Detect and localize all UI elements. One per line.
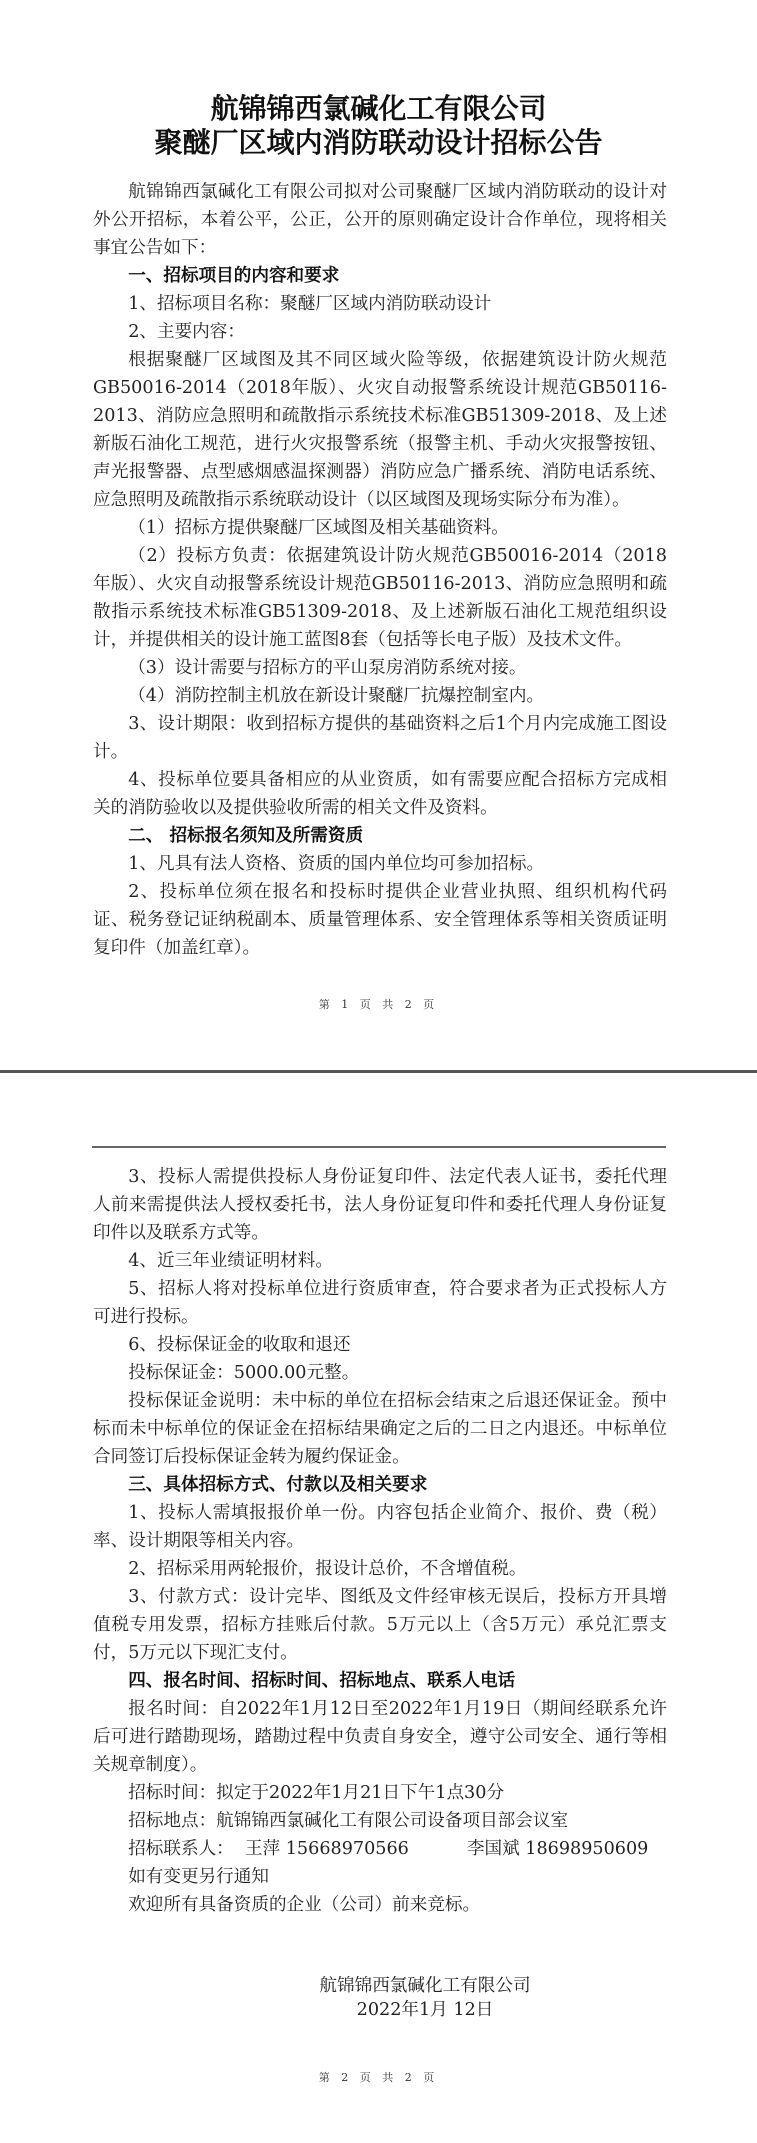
section-2-item-3: 3、投标人需提供投标人身份证复印件、法定代表人证书，委托代理人前来需提供法人授权…: [93, 1163, 667, 1247]
contact-line: 招标联系人： 王萍 15668970566李国斌 18698950609: [93, 1835, 667, 1863]
registration-time: 报名时间：自2022年1月12日至2022年1月19日（期间经联系允许后可进行踏…: [93, 1695, 667, 1779]
page-number-1: 第 1 页 共 2 页: [0, 996, 757, 1012]
section-2-item-5: 5、招标人将对投标单位进行资质审查，符合要求者为正式投标人方可进行投标。: [93, 1275, 667, 1331]
section-3-item-2: 2、招标采用两轮报价，报设计总价，不含增值税。: [93, 1555, 667, 1583]
section-3-item-1: 1、投标人需填报报价单一份。内容包括企业简介、报价、费（税）率、设计期限等相关内…: [93, 1499, 667, 1555]
section-1-heading: 一、招标项目的内容和要求: [93, 262, 667, 290]
bid-location: 招标地点：航锦锦西氯碱化工有限公司设备项目部会议室: [93, 1807, 667, 1835]
section-2-heading: 二、 招标报名须知及所需资质: [93, 822, 667, 850]
intro-paragraph: 航锦锦西氯碱化工有限公司拟对公司聚醚厂区域内消防联动的设计对外公开招标，本着公平…: [93, 178, 667, 262]
page-number-2: 第 2 页 共 2 页: [0, 2069, 757, 2085]
document-title-company: 航锦锦西氯碱化工有限公司: [0, 92, 757, 126]
document-title-subject: 聚醚厂区域内消防联动设计招标公告: [0, 126, 757, 160]
welcome-statement: 欢迎所有具备资质的企业（公司）前来竞标。: [93, 1891, 667, 1919]
section-1-sub-3: （3）设计需要与招标方的平山泵房消防系统对接。: [93, 654, 667, 682]
section-2-item-2: 2、投标单位须在报名和投标时提供企业营业执照、组织机构代码证、税务登记证纳税副本…: [93, 878, 667, 962]
section-1-item-3: 3、设计期限：收到招标方提供的基础资料之后1个月内完成施工图设计。: [93, 710, 667, 766]
change-notice: 如有变更另行通知: [93, 1863, 667, 1891]
contact-person-1: 王萍 15668970566: [245, 1839, 409, 1859]
signature-company: 航锦锦西氯碱化工有限公司: [290, 1974, 560, 1998]
section-2-item-4: 4、近三年业绩证明材料。: [93, 1247, 667, 1275]
signature-date: 2022年1月 12日: [290, 1998, 560, 2022]
page-2-header-rule: [92, 1146, 666, 1148]
section-1-item-2: 2、主要内容：: [93, 318, 667, 346]
deposit-note: 投标保证金说明：未中标的单位在招标会结束之后退还保证金。预中标而未中标单位的保证…: [93, 1387, 667, 1471]
section-1-sub-1: （1）招标方提供聚醚厂区域图及相关基础资料。: [93, 514, 667, 542]
contact-label: 招标联系人：: [128, 1839, 234, 1859]
section-1-main-content: 根据聚醚厂区域图及其不同区域火险等级，依据建筑设计防火规范GB50016-201…: [93, 346, 667, 514]
deposit-amount: 投标保证金：5000.00元整。: [93, 1359, 667, 1387]
section-2-item-6: 6、投标保证金的收取和退还: [93, 1331, 667, 1359]
page2-body: 3、投标人需提供投标人身份证复印件、法定代表人证书，委托代理人前来需提供法人授权…: [93, 1163, 667, 1919]
section-2-item-1: 1、凡具有法人资格、资质的国内单位均可参加招标。: [93, 850, 667, 878]
section-3-heading: 三、具体招标方式、付款以及相关要求: [93, 1471, 667, 1499]
contact-person-2: 李国斌 18698950609: [467, 1839, 649, 1859]
section-1-sub-2: （2）投标方负责：依据建筑设计防火规范GB50016-2014（2018年版）、…: [93, 542, 667, 654]
bid-time: 招标时间：拟定于2022年1月21日下午1点30分: [93, 1779, 667, 1807]
document-page-1: 航锦锦西氯碱化工有限公司 聚醚厂区域内消防联动设计招标公告 航锦锦西氯碱化工有限…: [0, 0, 757, 1070]
section-4-heading: 四、报名时间、招标时间、招标地点、联系人电话: [93, 1667, 667, 1695]
section-1-sub-4: （4）消防控制主机放在新设计聚醚厂抗爆控制室内。: [93, 682, 667, 710]
section-3-item-3: 3、付款方式：设计完毕、图纸及文件经审核无误后，投标方开具增值税专用发票，招标方…: [93, 1583, 667, 1667]
section-1-item-4: 4、投标单位要具备相应的从业资质，如有需要应配合招标方完成相关的消防验收以及提供…: [93, 766, 667, 822]
section-1-item-1: 1、招标项目名称：聚醚厂区域内消防联动设计: [93, 290, 667, 318]
page1-body: 航锦锦西氯碱化工有限公司拟对公司聚醚厂区域内消防联动的设计对外公开招标，本着公平…: [93, 178, 667, 962]
